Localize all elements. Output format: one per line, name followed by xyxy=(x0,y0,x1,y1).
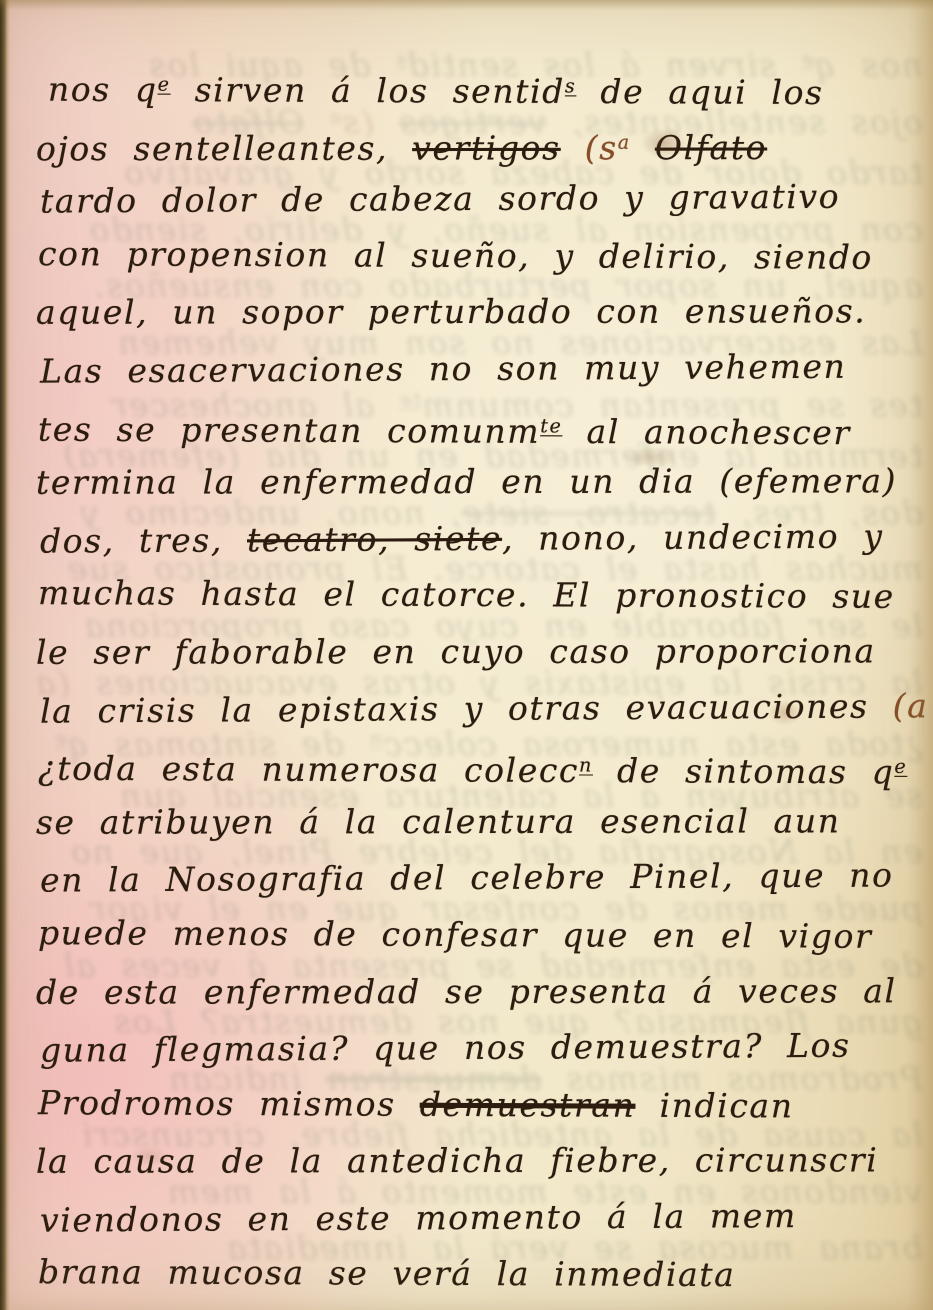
handwritten-text: guna flegmasia? que nos demuestra? Los xyxy=(40,1026,851,1070)
manuscript-line: Las esacervaciones no son muy vehemen xyxy=(40,338,909,400)
handwritten-text: de sintomas q xyxy=(593,751,895,791)
handwritten-text: en la Nosografia del celebre Pinel, que … xyxy=(40,856,894,900)
manuscript-line: le ser faborable en cuyo caso proporcion… xyxy=(36,623,905,681)
manuscript-line: aquel, un sopor perturbado con ensueños. xyxy=(36,284,905,342)
manuscript-line: en la Nosografia del celebre Pinel, que … xyxy=(40,848,909,910)
scan-top-edge xyxy=(0,0,933,10)
handwritten-text xyxy=(631,128,655,167)
manuscript-line: se atribuyen á la calentura esencial aun xyxy=(36,793,905,851)
handwritten-text: dos, tres, xyxy=(40,520,247,560)
handwritten-text: Prodromos mismos xyxy=(38,1083,420,1124)
scan-right-edge xyxy=(907,0,933,1310)
manuscript-line: termina la enfermedad en un dia (efemera… xyxy=(36,453,905,511)
handwritten-text: con propension al sueño, y delirio, sien… xyxy=(38,234,873,277)
struck-out-text: vertigos xyxy=(412,128,561,167)
manuscript-line: dos, tres, tecatro, siete, nono, undecim… xyxy=(40,508,909,570)
struck-out-text: tecatro, siete xyxy=(247,519,502,560)
manuscript-line: tardo dolor de cabeza sordo y gravativo xyxy=(40,169,909,231)
insertion-mark: (s xyxy=(585,128,618,167)
manuscript-line: viendonos en este momento á la mem xyxy=(40,1187,909,1249)
handwritten-text: tardo dolor de cabeza sordo y gravativo xyxy=(40,177,840,221)
handwritten-text: tes se presentan comunm xyxy=(38,409,540,450)
manuscript-line: de esta enfermedad se presenta á veces a… xyxy=(36,963,905,1021)
handwritten-text: nos q xyxy=(48,70,158,109)
handwritten-text: aquel, un sopor perturbado con ensueños. xyxy=(36,292,866,332)
manuscript-line: brana mucosa se verá la inmediata xyxy=(38,1245,907,1305)
superscript-abbreviation: s xyxy=(565,74,577,97)
handwritten-text: la causa de la antedicha fiebre, circuns… xyxy=(36,1141,879,1181)
handwritten-text: puede menos de confesar que en el vigor xyxy=(38,913,873,956)
handwritten-text: ojos sentelleantes, xyxy=(36,128,412,168)
handwritten-text: ¿toda esta numerosa colecc xyxy=(38,749,579,790)
manuscript-text: nos qe sirven á los sentids de aqui loso… xyxy=(38,58,907,1303)
insertion-mark: a xyxy=(618,130,631,153)
manuscript-line: ¿toda esta numerosa coleccn de sintomas … xyxy=(38,735,907,795)
manuscript-line: ojos sentelleantes, vertigos (sa Olfato xyxy=(36,114,905,172)
handwritten-text: sirven á los sentid xyxy=(170,70,565,111)
handwritten-text: Las esacervaciones no son muy vehemen xyxy=(40,347,847,391)
handwritten-text: termina la enfermedad en un dia (efemera… xyxy=(36,461,897,502)
manuscript-line: muchas hasta el catorce. El pronostico s… xyxy=(38,565,907,625)
handwritten-text: la crisis la epistaxis y otras evacuacio… xyxy=(40,686,893,730)
handwritten-text: de esta enfermedad se presenta á veces a… xyxy=(36,971,897,1012)
manuscript-line: Prodromos mismos demuestran indican xyxy=(38,1075,907,1135)
superscript-abbreviation: e xyxy=(894,755,907,778)
handwritten-text: brana mucosa se verá la inmediata xyxy=(38,1253,736,1295)
binding-edge xyxy=(0,0,10,1310)
manuscript-page: nos qe sirven á los sentids de aqui loso… xyxy=(0,0,933,1310)
manuscript-line: la causa de la antedicha fiebre, circuns… xyxy=(36,1133,905,1191)
superscript-abbreviation: n xyxy=(579,754,593,777)
struck-out-text: Olfato xyxy=(655,128,767,167)
struck-out-text: demuestran xyxy=(420,1084,636,1124)
handwritten-text: se atribuyen á la calentura esencial aun xyxy=(36,801,841,841)
superscript-abbreviation: e xyxy=(158,73,171,96)
handwritten-text xyxy=(561,128,585,167)
handwritten-text: muchas hasta el catorce. El pronostico s… xyxy=(38,573,895,616)
superscript-abbreviation: te xyxy=(540,414,562,437)
manuscript-line: con propension al sueño, y delirio, sien… xyxy=(38,226,907,286)
handwritten-text: le ser faborable en cuyo caso proporcion… xyxy=(36,631,876,671)
handwritten-text: viendonos en este momento á la mem xyxy=(40,1196,797,1240)
handwritten-text: al anochescer xyxy=(562,411,851,451)
manuscript-line: guna flegmasia? que nos demuestra? Los xyxy=(40,1017,909,1079)
manuscript-line: puede menos de confesar que en el vigor xyxy=(38,905,907,965)
manuscript-line: nos qe sirven á los sentids de aqui los xyxy=(48,56,907,116)
handwritten-text: , nono, undecimo y xyxy=(502,516,884,557)
manuscript-line: la crisis la epistaxis y otras evacuacio… xyxy=(40,678,909,740)
handwritten-text: de aqui los xyxy=(576,72,823,112)
handwritten-text: indican xyxy=(635,1085,793,1125)
manuscript-line: tes se presentan comunmte al anochescer xyxy=(38,396,907,456)
